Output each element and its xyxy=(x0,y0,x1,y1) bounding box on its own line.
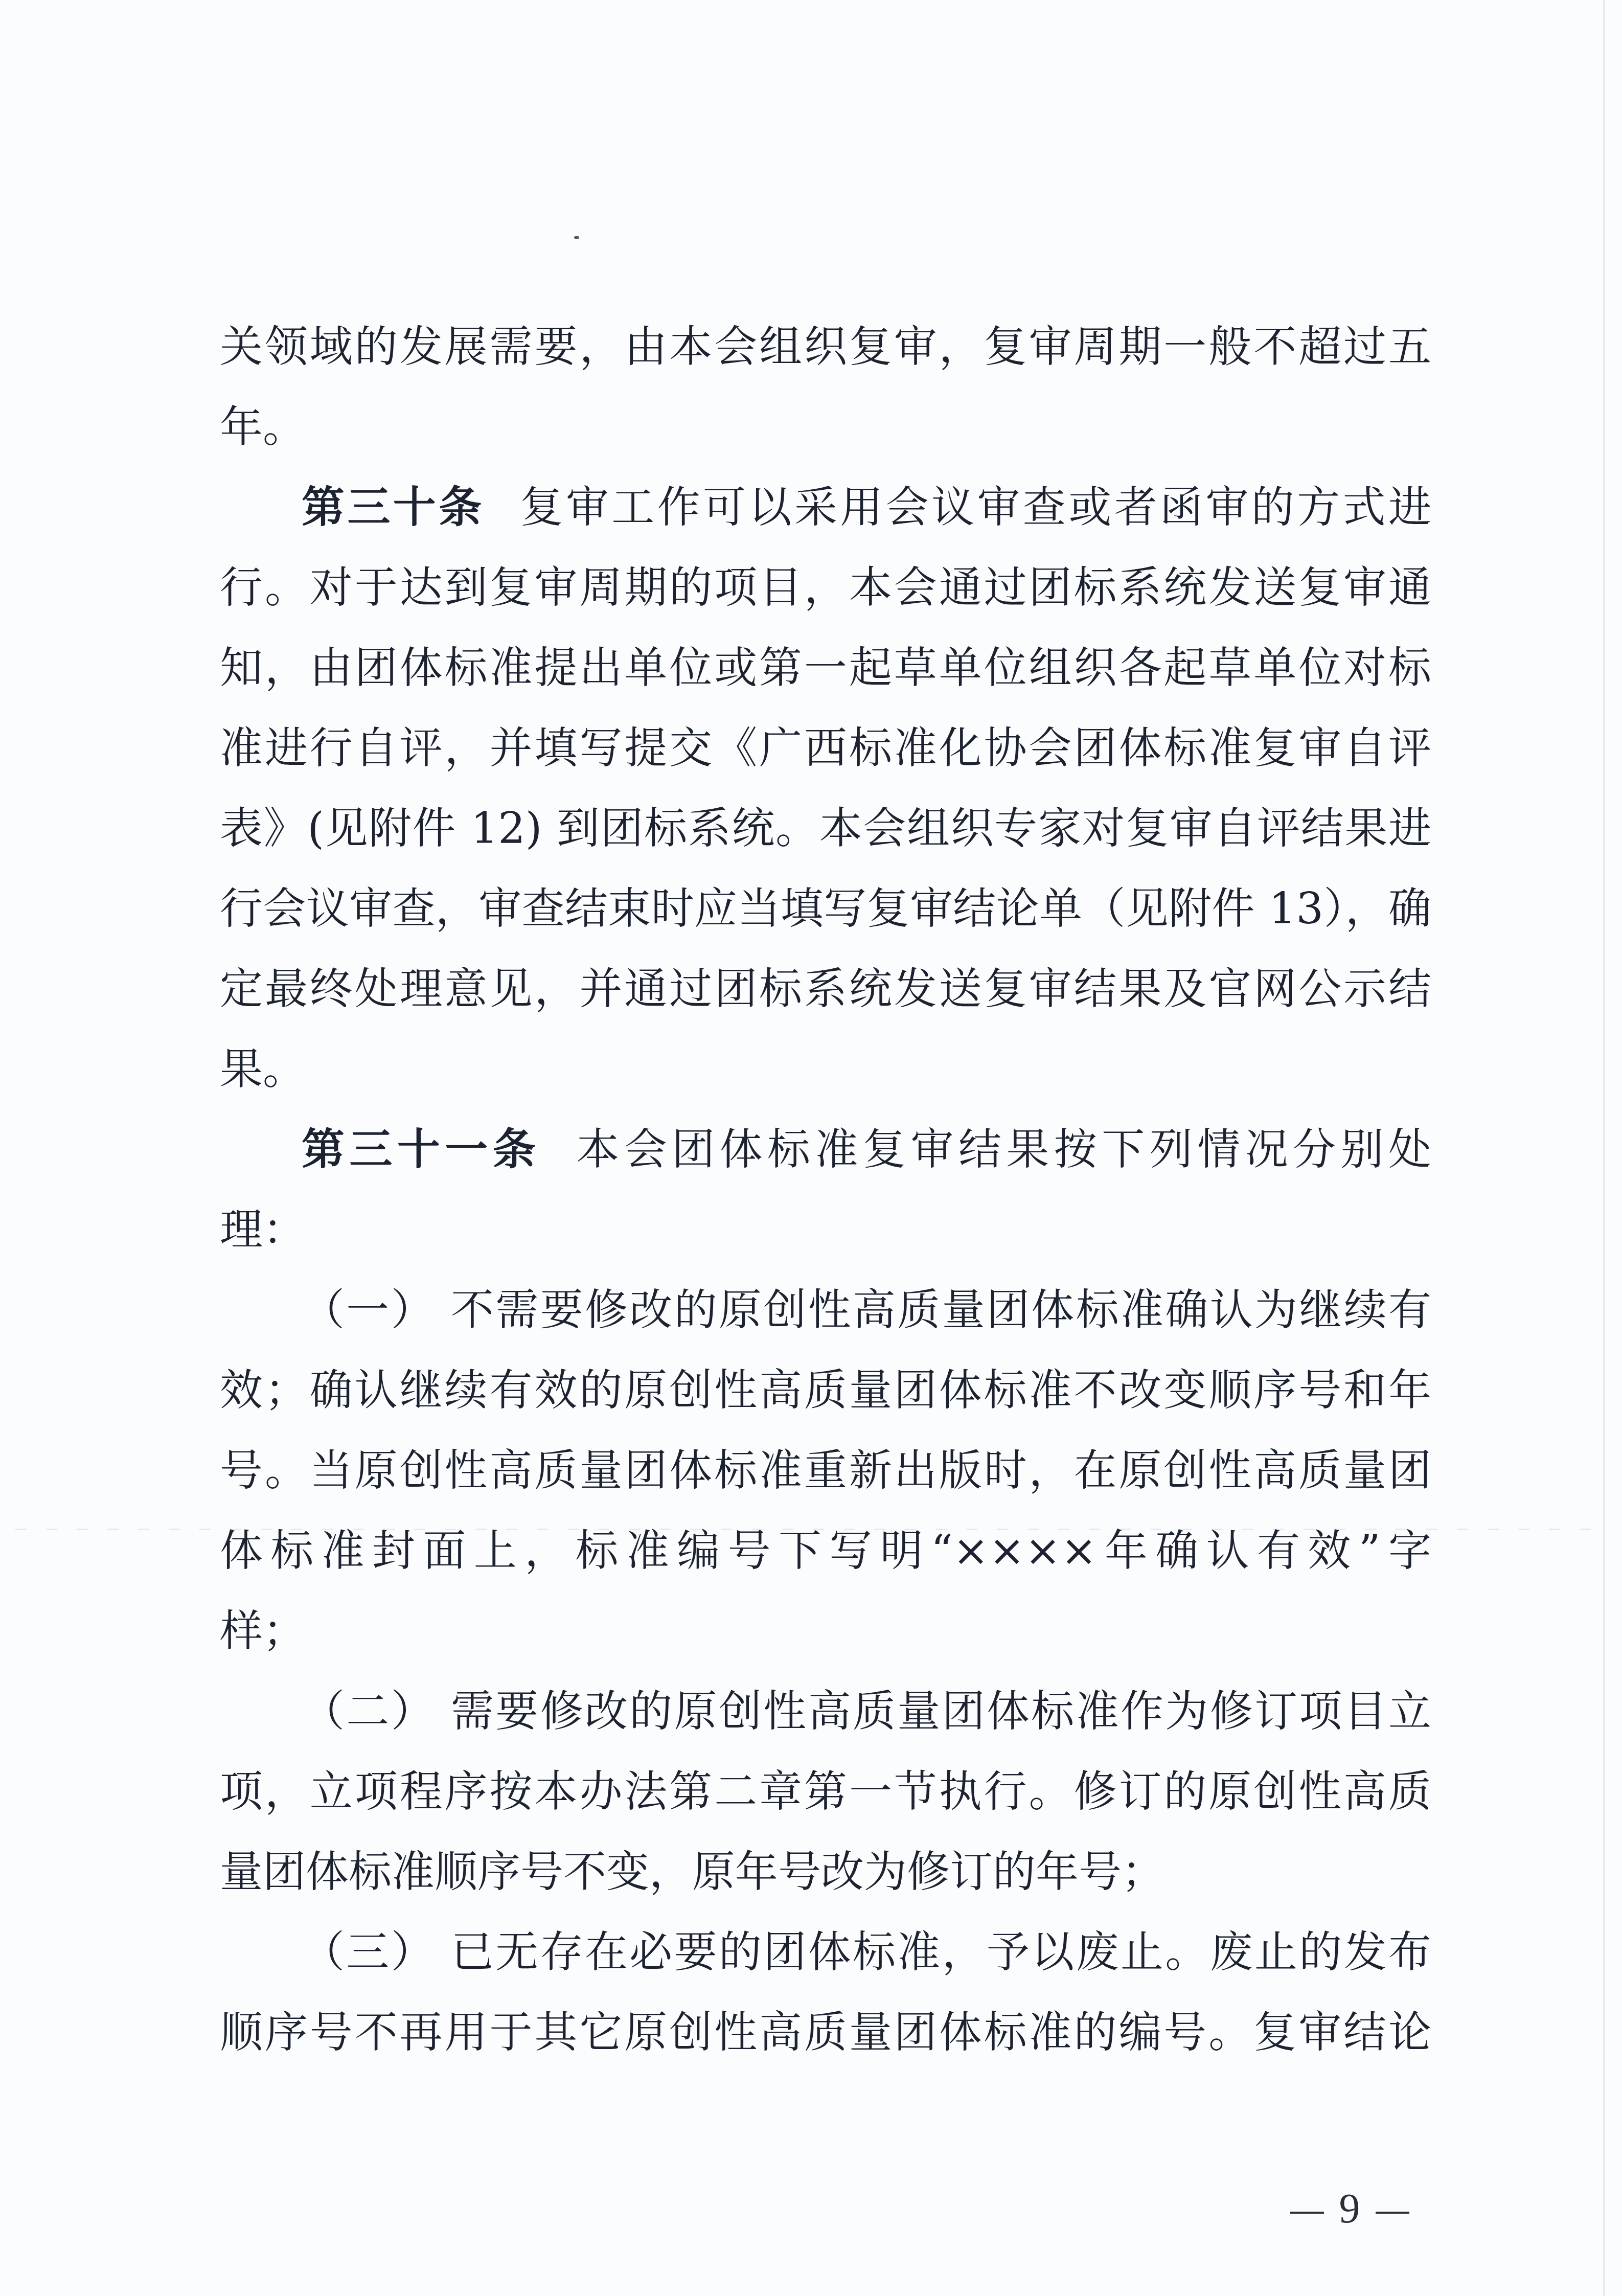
article-text: 本会团体标准复审结果按下列情况分别处 xyxy=(576,1124,1431,1174)
text-line: 第三十一条本会团体标准复审结果按下列情况分别处 xyxy=(220,1109,1431,1190)
text-line: 关领域的发展需要，由本会组织复审，复审周期一般不超过五 xyxy=(220,307,1431,387)
page-number-dash-left xyxy=(1290,2212,1324,2214)
page-number-value: 9 xyxy=(1339,2185,1360,2232)
list-item-3: （三） 已无存在必要的团体标准，予以废止。废止的发布 顺序号不再用于其它原创性高… xyxy=(220,1912,1431,2073)
text-line: 定最终处理意见，并通过团标系统发送复审结果及官网公示结 xyxy=(220,949,1431,1029)
article-text: 复审工作可以采用会议审查或者函审的方式进 xyxy=(520,482,1431,532)
text-line: 样； xyxy=(220,1591,1431,1671)
text-line: 知，由团体标准提出单位或第一起草单位组织各起草单位对标 xyxy=(220,628,1431,708)
scan-edge-line xyxy=(1603,0,1605,2296)
text-line: 号。当原创性高质量团体标准重新出版时，在原创性高质量团 xyxy=(220,1430,1431,1511)
text-line: 项，立项程序按本办法第二章第一节执行。修订的原创性高质 xyxy=(220,1752,1431,1832)
text-line: 果。 xyxy=(220,1029,1431,1109)
text-line: 顺序号不再用于其它原创性高质量团体标准的编号。复审结论 xyxy=(220,1992,1431,2073)
page-number-dash-right xyxy=(1376,2212,1409,2214)
article-30: 第三十条复审工作可以采用会议审查或者函审的方式进 行。对于达到复审周期的项目，本… xyxy=(220,467,1431,1109)
text-line: 体标准封面上，标准编号下写明“××××年确认有效”字 xyxy=(220,1511,1431,1591)
text-line: 量团体标准顺序号不变，原年号改为修订的年号； xyxy=(220,1832,1431,1912)
text-line: 第三十条复审工作可以采用会议审查或者函审的方式进 xyxy=(220,467,1431,548)
article-31: 第三十一条本会团体标准复审结果按下列情况分别处 理： xyxy=(220,1109,1431,1270)
text-line: （三） 已无存在必要的团体标准，予以废止。废止的发布 xyxy=(220,1912,1431,1992)
text-line: 行会议审查，审查结束时应当填写复审结论单（见附件 13），确 xyxy=(220,869,1431,949)
text-line: （一） 不需要修改的原创性高质量团体标准确认为继续有 xyxy=(220,1270,1431,1350)
article-number: 第三十一条 xyxy=(302,1124,540,1174)
page-number: 9 xyxy=(1273,2183,1426,2234)
text-line: 年。 xyxy=(220,387,1431,467)
text-line: 表》(见附件 12) 到团标系统。本会组织专家对复审自评结果进 xyxy=(220,788,1431,869)
text-line: 行。对于达到复审周期的项目，本会通过团标系统发送复审通 xyxy=(220,548,1431,628)
article-number: 第三十条 xyxy=(302,482,485,532)
text-line: 效；确认继续有效的原创性高质量团体标准不改变顺序号和年 xyxy=(220,1350,1431,1430)
paragraph-continuation: 关领域的发展需要，由本会组织复审，复审周期一般不超过五 年。 xyxy=(220,307,1431,467)
list-item-1: （一） 不需要修改的原创性高质量团体标准确认为继续有 效；确认继续有效的原创性高… xyxy=(220,1270,1431,1671)
text-line: 准进行自评，并填写提交《广西标准化协会团体标准复审自评 xyxy=(220,708,1431,788)
text-line: （二） 需要修改的原创性高质量团体标准作为修订项目立 xyxy=(220,1671,1431,1752)
text-line: 理： xyxy=(220,1190,1431,1270)
list-item-2: （二） 需要修改的原创性高质量团体标准作为修订项目立 项，立项程序按本办法第二章… xyxy=(220,1671,1431,1912)
document-body: 关领域的发展需要，由本会组织复审，复审周期一般不超过五 年。 第三十条复审工作可… xyxy=(220,307,1431,2073)
scan-speck xyxy=(574,236,579,239)
